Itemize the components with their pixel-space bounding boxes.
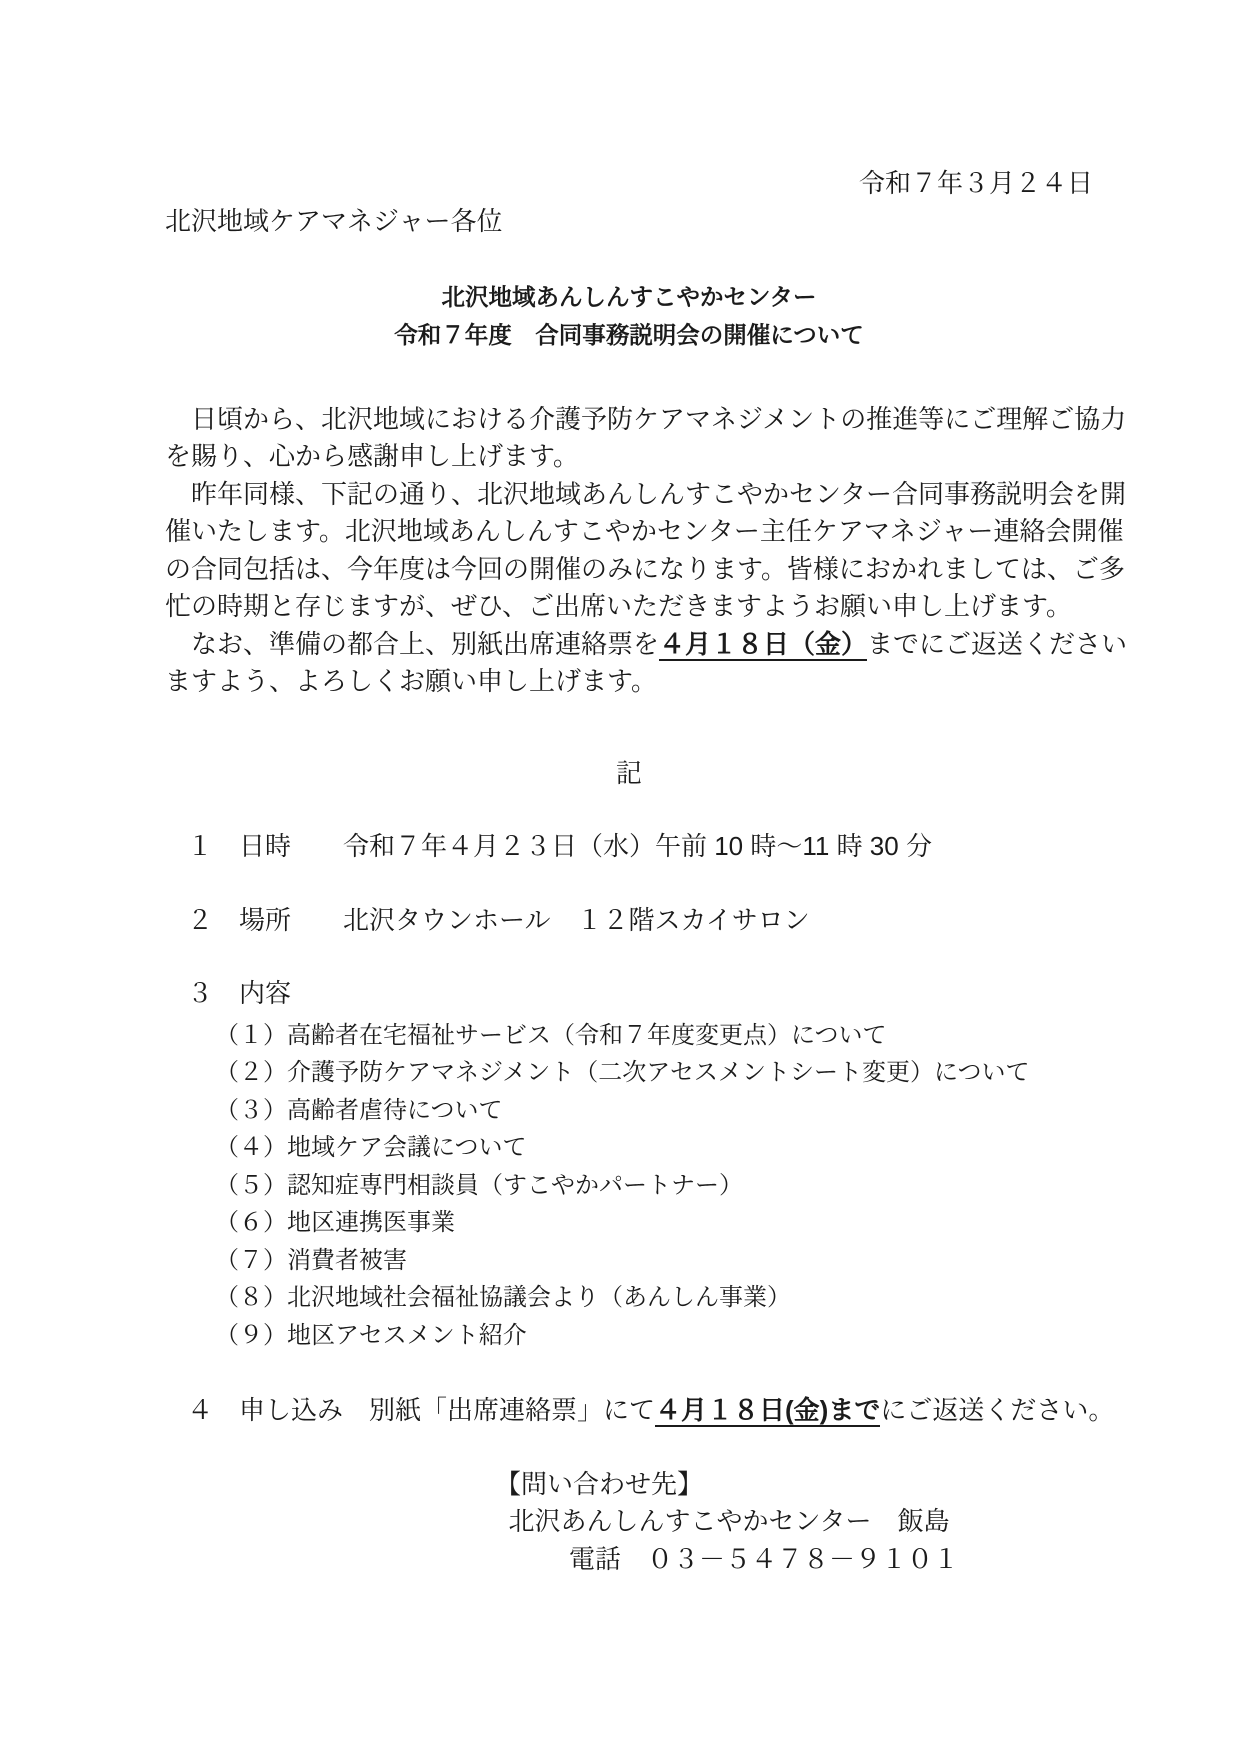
text-run: を賜り、心から感謝申し上げます。 bbox=[165, 441, 579, 471]
text-run: （７）消費者被害 bbox=[215, 1247, 407, 1274]
text-run: （１）高齢者在宅福祉サービス（令和７年度変更点）について bbox=[215, 1022, 887, 1049]
item-application: ４ 申し込み 別紙「出席連絡票」にて４月１８日(金)までにご返送ください。 bbox=[165, 1392, 1093, 1430]
document-page: 令和７年３月２４日 北沢地域ケアマネジャー各位 北沢地域あんしんすこやかセンター… bbox=[0, 0, 1241, 1755]
item-datetime: １ 日時 令和７年４月２３日（水）午前 10 時～11 時 30 分 bbox=[165, 828, 1093, 866]
text-run: ４ 申し込み 別紙「出席連絡票」にて bbox=[187, 1395, 655, 1425]
content-item: （３）高齢者虐待について bbox=[215, 1092, 1093, 1130]
text-run: ３ 内容 bbox=[187, 978, 291, 1008]
contents-list: （１）高齢者在宅福祉サービス（令和７年度変更点）について（２）介護予防ケアマネジ… bbox=[165, 1017, 1093, 1355]
contact-phone: 電話 ０３－５４７８－９１０１ bbox=[300, 1541, 1228, 1579]
body-line: ますよう、よろしくお願い申し上げます。 bbox=[165, 663, 1093, 701]
text-run: 催いたします。北沢地域あんしんすこやかセンター主任ケアマネジャー連絡会開催 bbox=[165, 516, 1123, 546]
spacer bbox=[165, 354, 1093, 401]
body-line: の合同包括は、今年度は今回の開催のみになります。皆様におかれましては、ご多 bbox=[165, 551, 1093, 589]
body-line: 日頃から、北沢地域における介護予防ケアマネジメントの推進等にご理解ご協力 bbox=[165, 401, 1093, 439]
body-line: 忙の時期と存じますが、ぜひ、ご出席いただきますようお願い申し上げます。 bbox=[165, 588, 1093, 626]
text-run: （５）認知症専門相談員（すこやかパートナー） bbox=[215, 1172, 743, 1199]
text-run: 昨年同様、下記の通り、北沢地域あんしんすこやかセンター合同事務説明会を開 bbox=[165, 479, 1126, 509]
text-run: にご返送ください。 bbox=[880, 1395, 1114, 1425]
body-line: 昨年同様、下記の通り、北沢地域あんしんすこやかセンター合同事務説明会を開 bbox=[165, 476, 1093, 514]
contact-block: 【問い合わせ先】 北沢あんしんすこやかセンター 飯島 電話 ０３－５４７８－９１… bbox=[165, 1466, 1093, 1579]
body-line: を賜り、心から感謝申し上げます。 bbox=[165, 438, 1093, 476]
text-run: ますよう、よろしくお願い申し上げます。 bbox=[165, 666, 657, 696]
content-item: （８）北沢地域社会福祉協議会より（あんしん事業） bbox=[215, 1279, 1093, 1317]
title-line-2: 令和７年度 合同事務説明会の開催について bbox=[165, 316, 1093, 354]
text-run: までにご返送ください bbox=[867, 629, 1127, 659]
emphasized-text: ４月１８日（金） bbox=[659, 629, 867, 661]
text-run: ２ 場所 北沢タウンホール １２階スカイサロン bbox=[187, 905, 810, 935]
body-paragraphs: 日頃から、北沢地域における介護予防ケアマネジメントの推進等にご理解ご協力を賜り、… bbox=[165, 401, 1093, 701]
addressee: 北沢地域ケアマネジャー各位 bbox=[165, 203, 1093, 241]
content-item: （７）消費者被害 bbox=[215, 1242, 1093, 1280]
text-run: （９）地区アセスメント紹介 bbox=[215, 1322, 527, 1349]
text-run: （４）地域ケア会議について bbox=[215, 1134, 527, 1161]
content-item: （９）地区アセスメント紹介 bbox=[215, 1317, 1093, 1355]
text-run: 忙の時期と存じますが、ぜひ、ご出席いただきますようお願い申し上げます。 bbox=[165, 591, 1072, 621]
content-item: （５）認知症専門相談員（すこやかパートナー） bbox=[215, 1167, 1093, 1205]
body-line: なお、準備の都合上、別紙出席連絡票を４月１８日（金）までにご返送ください bbox=[165, 626, 1093, 664]
title-line-1: 北沢地域あんしんすこやかセンター bbox=[165, 278, 1093, 316]
text-run: １ 日時 令和７年４月２３日（水）午前 10 時～11 時 30 分 bbox=[187, 831, 932, 861]
text-run: なお、準備の都合上、別紙出席連絡票を bbox=[165, 629, 659, 659]
document-date: 令和７年３月２４日 bbox=[165, 165, 1093, 203]
content-item: （２）介護予防ケアマネジメント（二次アセスメントシート変更）について bbox=[215, 1054, 1093, 1092]
contact-name: 北沢あんしんすこやかセンター 飯島 bbox=[265, 1503, 1193, 1541]
text-run: の合同包括は、今年度は今回の開催のみになります。皆様におかれましては、ご多 bbox=[165, 554, 1125, 584]
text-run: （２）介護予防ケアマネジメント（二次アセスメントシート変更）について bbox=[215, 1059, 1030, 1086]
contact-heading: 【問い合わせ先】 bbox=[135, 1466, 1063, 1504]
content-item: （１）高齢者在宅福祉サービス（令和７年度変更点）について bbox=[215, 1017, 1093, 1055]
emphasized-text: ４月１８日(金)まで bbox=[655, 1395, 880, 1427]
item-contents-header: ３ 内容 bbox=[165, 975, 1093, 1013]
text-run: （３）高齢者虐待について bbox=[215, 1097, 503, 1124]
text-run: （８）北沢地域社会福祉協議会より（あんしん事業） bbox=[215, 1284, 791, 1311]
notation-marker: 記 bbox=[165, 755, 1093, 793]
content-item: （６）地区連携医事業 bbox=[215, 1204, 1093, 1242]
content-item: （４）地域ケア会議について bbox=[215, 1129, 1093, 1167]
text-run: 日頃から、北沢地域における介護予防ケアマネジメントの推進等にご理解ご協力 bbox=[165, 404, 1126, 434]
spacer bbox=[165, 240, 1093, 278]
body-line: 催いたします。北沢地域あんしんすこやかセンター主任ケアマネジャー連絡会開催 bbox=[165, 513, 1093, 551]
item-location: ２ 場所 北沢タウンホール １２階スカイサロン bbox=[165, 902, 1093, 940]
text-run: （６）地区連携医事業 bbox=[215, 1209, 455, 1236]
